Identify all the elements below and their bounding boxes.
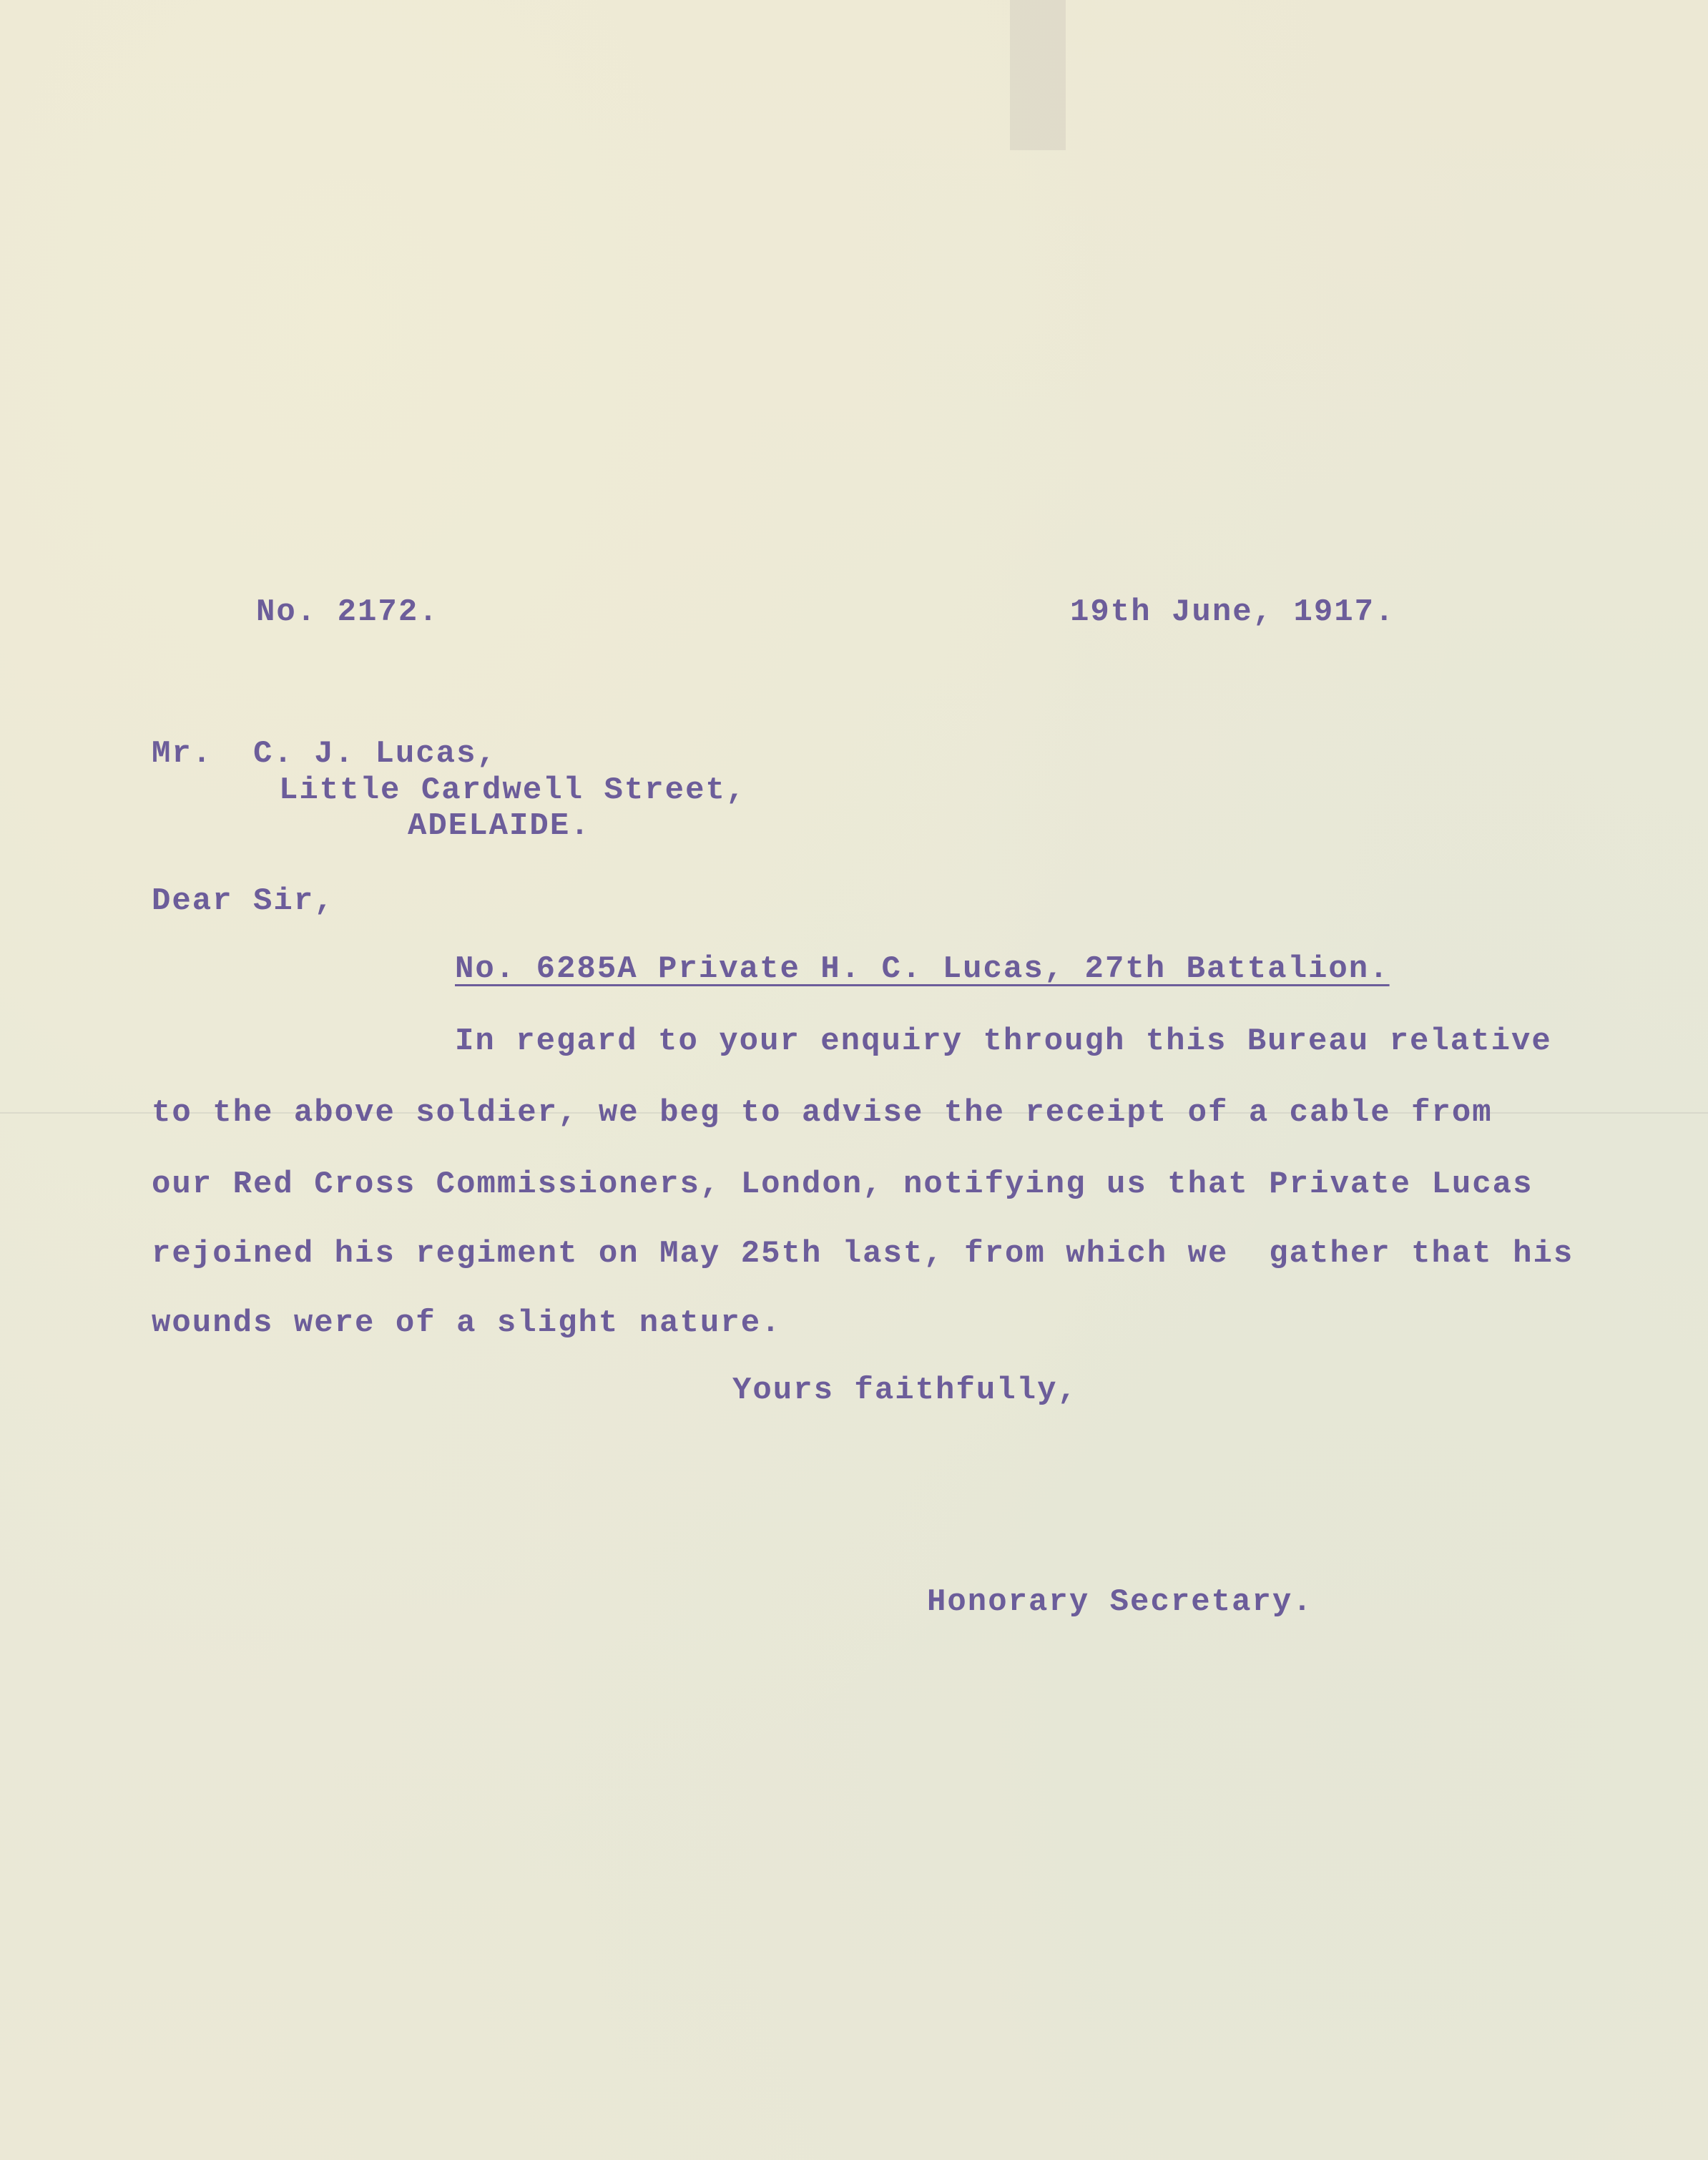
body-line-1: In regard to your enquiry through this B…	[455, 1026, 1552, 1057]
body-line-5: wounds were of a slight nature.	[152, 1307, 782, 1339]
body-line-3: our Red Cross Commissioners, London, not…	[152, 1169, 1533, 1200]
body-line-4: rejoined his regiment on May 25th last, …	[152, 1238, 1574, 1270]
tape-mark	[1010, 0, 1066, 150]
closing: Yours faithfully,	[732, 1375, 1078, 1406]
recipient-city: ADELAIDE.	[408, 810, 591, 842]
salutation: Dear Sir,	[152, 885, 335, 917]
body-line-2: to the above soldier, we beg to advise t…	[152, 1097, 1493, 1129]
signatory-title: Honorary Secretary.	[927, 1586, 1313, 1618]
subject-line: No. 6285A Private H. C. Lucas, 27th Batt…	[455, 953, 1390, 985]
letter-date: 19th June, 1917.	[1070, 597, 1395, 628]
recipient-name: Mr. C. J. Lucas,	[152, 738, 497, 770]
recipient-street: Little Cardwell Street,	[279, 775, 746, 806]
reference-number: No. 2172.	[256, 597, 439, 628]
